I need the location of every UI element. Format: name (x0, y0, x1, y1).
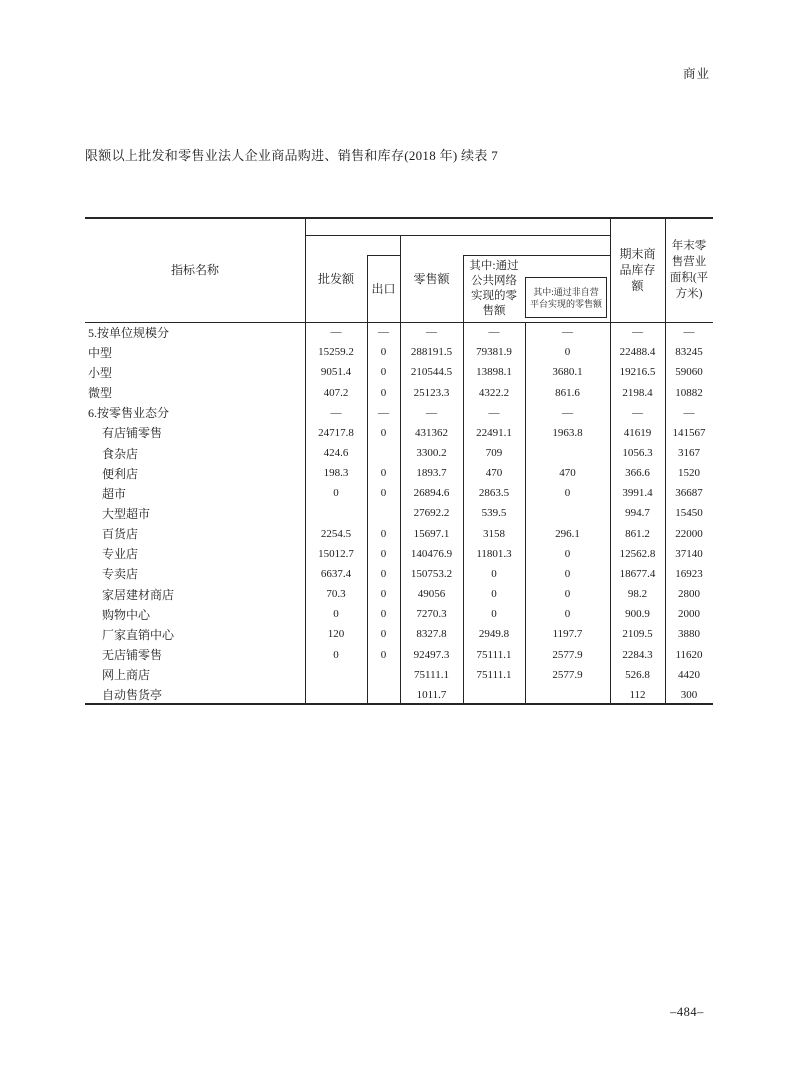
cell-retail: 1893.7 (400, 467, 463, 479)
row-label: 中型 (85, 344, 305, 361)
column-line (400, 235, 401, 703)
cell-non-self-platform: 296.1 (525, 528, 610, 540)
cell-online-retail: 470 (463, 467, 525, 479)
header-non-self-platform: 其中:通过非自营 平台实现的零售额 (525, 277, 607, 318)
column-line (665, 217, 666, 703)
cell-floor-area: 36687 (665, 487, 713, 499)
table-row: 购物中心007270.300900.92000 (85, 604, 713, 624)
cell-non-self-platform: 2577.9 (525, 669, 610, 681)
cell-floor-area: 15450 (665, 507, 713, 519)
cell-wholesale: 9051.4 (305, 366, 367, 378)
cell-inventory: 41619 (610, 427, 665, 439)
cell-non-self-platform: 470 (525, 467, 610, 479)
column-line (610, 217, 611, 703)
cell-retail: 25123.3 (400, 387, 463, 399)
cell-export: — (367, 407, 400, 419)
row-label: 自动售货亭 (85, 686, 305, 703)
row-label: 有店铺零售 (85, 424, 305, 441)
row-label: 微型 (85, 384, 305, 401)
row-label: 家居建材商店 (85, 586, 305, 603)
header-retail: 零售额 (400, 235, 463, 322)
cell-retail: 75111.1 (400, 669, 463, 681)
row-label: 厂家直销中心 (85, 626, 305, 643)
cell-floor-area: 16923 (665, 568, 713, 580)
cell-non-self-platform: 3680.1 (525, 366, 610, 378)
column-line (367, 255, 368, 703)
table-body: 5.按单位规模分———————中型15259.20288191.579381.9… (85, 322, 713, 705)
cell-non-self-platform: 0 (525, 487, 610, 499)
cell-non-self-platform: 0 (525, 608, 610, 620)
cell-wholesale: 198.3 (305, 467, 367, 479)
cell-export: 0 (367, 528, 400, 540)
cell-wholesale: 120 (305, 628, 367, 640)
header-floor-area: 年末零 售营业 面积(平 方米) (665, 217, 713, 322)
table-row: 食杂店424.63300.27091056.33167 (85, 443, 713, 463)
table-border-top (85, 217, 713, 219)
cell-retail: 288191.5 (400, 346, 463, 358)
cell-retail: 150753.2 (400, 568, 463, 580)
table-row: 有店铺零售24717.8043136222491.11963.841619141… (85, 423, 713, 443)
cell-retail: 1011.7 (400, 689, 463, 701)
page-title: 限额以上批发和零售业法人企业商品购进、销售和库存(2018 年) 续表 7 (85, 145, 498, 164)
export-box-top-line (367, 255, 400, 256)
cell-wholesale: 424.6 (305, 447, 367, 459)
table-row: 专业店15012.70140476.911801.3012562.837140 (85, 544, 713, 564)
cell-floor-area: 37140 (665, 548, 713, 560)
cell-floor-area: 141567 (665, 427, 713, 439)
row-label: 购物中心 (85, 606, 305, 623)
row-label: 专业店 (85, 545, 305, 562)
cell-export: 0 (367, 548, 400, 560)
column-line (463, 255, 464, 703)
cell-online-retail: 75111.1 (463, 649, 525, 661)
row-label: 小型 (85, 364, 305, 381)
cell-wholesale: 24717.8 (305, 427, 367, 439)
cell-export: 0 (367, 628, 400, 640)
cell-online-retail: 0 (463, 608, 525, 620)
table-border-bottom (85, 703, 713, 705)
row-label: 超市 (85, 485, 305, 502)
cell-online-retail: 3158 (463, 528, 525, 540)
cell-inventory: 900.9 (610, 608, 665, 620)
cell-inventory: 1056.3 (610, 447, 665, 459)
cell-export: 0 (367, 608, 400, 620)
cell-inventory: 861.2 (610, 528, 665, 540)
cell-online-retail: 2863.5 (463, 487, 525, 499)
cell-wholesale: — (305, 407, 367, 419)
cell-inventory: 2198.4 (610, 387, 665, 399)
cell-floor-area: 3880 (665, 628, 713, 640)
cell-non-self-platform: 0 (525, 346, 610, 358)
cell-inventory: 98.2 (610, 588, 665, 600)
table-row: 百货店2254.5015697.13158296.1861.222000 (85, 524, 713, 544)
cell-non-self-platform: — (525, 326, 610, 338)
row-label: 便利店 (85, 465, 305, 482)
cell-inventory: 526.8 (610, 669, 665, 681)
cell-wholesale: 407.2 (305, 387, 367, 399)
cell-inventory: 366.6 (610, 467, 665, 479)
column-line (525, 322, 526, 703)
row-label: 专卖店 (85, 565, 305, 582)
cell-retail: 27692.2 (400, 507, 463, 519)
cell-online-retail: 539.5 (463, 507, 525, 519)
column-line (305, 217, 306, 703)
cell-inventory: 19216.5 (610, 366, 665, 378)
table-row: 无店铺零售0092497.375111.12577.92284.311620 (85, 645, 713, 665)
row-label: 5.按单位规模分 (85, 324, 305, 341)
cell-non-self-platform: 0 (525, 548, 610, 560)
table-row: 超市0026894.62863.503991.436687 (85, 483, 713, 503)
cell-export: 0 (367, 568, 400, 580)
table-row: 网上商店75111.175111.12577.9526.84420 (85, 665, 713, 685)
cell-inventory: — (610, 326, 665, 338)
online-box-top-line (463, 255, 610, 256)
header-band-line (305, 235, 610, 236)
cell-online-retail: 0 (463, 588, 525, 600)
section-label: 商业 (683, 64, 710, 82)
cell-export: 0 (367, 366, 400, 378)
table-row: 便利店198.301893.7470470366.61520 (85, 463, 713, 483)
cell-wholesale: 2254.5 (305, 528, 367, 540)
cell-floor-area: 300 (665, 689, 713, 701)
cell-inventory: 18677.4 (610, 568, 665, 580)
header-wholesale: 批发额 (305, 235, 367, 322)
cell-non-self-platform: 1197.7 (525, 628, 610, 640)
table-row: 专卖店6637.40150753.20018677.416923 (85, 564, 713, 584)
cell-retail: 8327.8 (400, 628, 463, 640)
cell-export: 0 (367, 649, 400, 661)
cell-export: 0 (367, 588, 400, 600)
cell-wholesale: 0 (305, 649, 367, 661)
cell-wholesale: 6637.4 (305, 568, 367, 580)
cell-retail: 15697.1 (400, 528, 463, 540)
row-label: 百货店 (85, 525, 305, 542)
cell-floor-area: 4420 (665, 669, 713, 681)
page-number: –484– (660, 1005, 714, 1020)
cell-floor-area: 10882 (665, 387, 713, 399)
cell-retail: 210544.5 (400, 366, 463, 378)
cell-wholesale: — (305, 326, 367, 338)
statistics-table: 指标名称 批发额 出口 零售额 其中:通过 公共网络 实现的零 售额 其中:通过… (85, 217, 713, 705)
cell-inventory: 2284.3 (610, 649, 665, 661)
cell-non-self-platform: 0 (525, 588, 610, 600)
row-label: 6.按零售业态分 (85, 404, 305, 421)
header-indicator: 指标名称 (85, 217, 305, 322)
table-row: 家居建材商店70.30490560098.22800 (85, 584, 713, 604)
row-label: 食杂店 (85, 445, 305, 462)
row-label: 无店铺零售 (85, 646, 305, 663)
cell-online-retail: — (463, 407, 525, 419)
table-row: 小型9051.40210544.513898.13680.119216.5590… (85, 362, 713, 382)
row-label: 大型超市 (85, 505, 305, 522)
cell-retail: — (400, 326, 463, 338)
cell-wholesale: 15259.2 (305, 346, 367, 358)
cell-retail: 92497.3 (400, 649, 463, 661)
cell-retail: 49056 (400, 588, 463, 600)
cell-export: — (367, 326, 400, 338)
cell-inventory: 22488.4 (610, 346, 665, 358)
cell-floor-area: 2800 (665, 588, 713, 600)
cell-retail: 431362 (400, 427, 463, 439)
cell-online-retail: 11801.3 (463, 548, 525, 560)
cell-retail: 3300.2 (400, 447, 463, 459)
header-inventory: 期末商 品库存 额 (610, 217, 665, 322)
cell-inventory: — (610, 407, 665, 419)
header-bottom-line (85, 322, 713, 323)
cell-online-retail: 709 (463, 447, 525, 459)
cell-export: 0 (367, 427, 400, 439)
table-row: 大型超市27692.2539.5994.715450 (85, 503, 713, 523)
table-row: 厂家直销中心12008327.82949.81197.72109.53880 (85, 624, 713, 644)
cell-retail: 140476.9 (400, 548, 463, 560)
cell-floor-area: 3167 (665, 447, 713, 459)
cell-floor-area: 59060 (665, 366, 713, 378)
cell-non-self-platform: 861.6 (525, 387, 610, 399)
cell-floor-area: 83245 (665, 346, 713, 358)
cell-non-self-platform: 0 (525, 568, 610, 580)
cell-wholesale: 0 (305, 487, 367, 499)
cell-retail: — (400, 407, 463, 419)
cell-online-retail: 22491.1 (463, 427, 525, 439)
cell-floor-area: 2000 (665, 608, 713, 620)
cell-online-retail: 2949.8 (463, 628, 525, 640)
cell-wholesale: 0 (305, 608, 367, 620)
cell-online-retail: 0 (463, 568, 525, 580)
header-online-retail: 其中:通过 公共网络 实现的零 售额 (463, 255, 525, 322)
cell-inventory: 112 (610, 689, 665, 701)
table-row: 中型15259.20288191.579381.9022488.483245 (85, 342, 713, 362)
cell-export: 0 (367, 346, 400, 358)
table-row: 5.按单位规模分——————— (85, 322, 713, 342)
cell-floor-area: — (665, 407, 713, 419)
cell-export: 0 (367, 387, 400, 399)
table-row: 自动售货亭1011.7112300 (85, 685, 713, 705)
cell-export: 0 (367, 467, 400, 479)
cell-online-retail: — (463, 326, 525, 338)
cell-export: 0 (367, 487, 400, 499)
cell-floor-area: 11620 (665, 649, 713, 661)
cell-non-self-platform: — (525, 407, 610, 419)
cell-online-retail: 4322.2 (463, 387, 525, 399)
cell-floor-area: 22000 (665, 528, 713, 540)
cell-online-retail: 79381.9 (463, 346, 525, 358)
cell-inventory: 2109.5 (610, 628, 665, 640)
cell-non-self-platform: 1963.8 (525, 427, 610, 439)
header-export: 出口 (367, 255, 400, 322)
cell-wholesale: 15012.7 (305, 548, 367, 560)
cell-inventory: 12562.8 (610, 548, 665, 560)
table-row: 6.按零售业态分——————— (85, 403, 713, 423)
cell-non-self-platform: 2577.9 (525, 649, 610, 661)
cell-floor-area: 1520 (665, 467, 713, 479)
cell-online-retail: 13898.1 (463, 366, 525, 378)
cell-wholesale: 70.3 (305, 588, 367, 600)
table-row: 微型407.2025123.34322.2861.62198.410882 (85, 382, 713, 402)
cell-online-retail: 75111.1 (463, 669, 525, 681)
cell-retail: 7270.3 (400, 608, 463, 620)
cell-inventory: 994.7 (610, 507, 665, 519)
row-label: 网上商店 (85, 666, 305, 683)
cell-retail: 26894.6 (400, 487, 463, 499)
cell-floor-area: — (665, 326, 713, 338)
cell-inventory: 3991.4 (610, 487, 665, 499)
